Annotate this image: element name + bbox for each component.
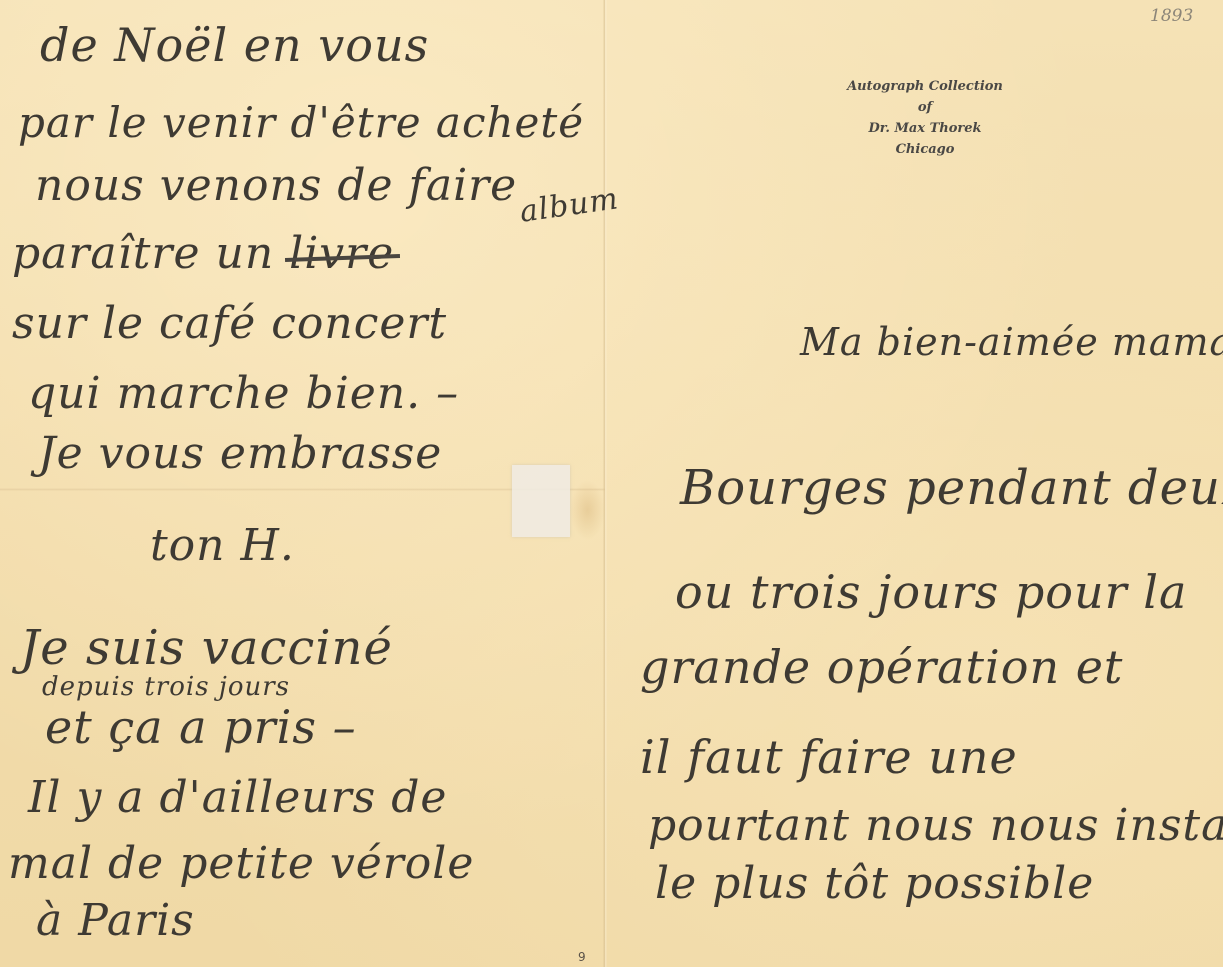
stamp-line: Chicago <box>820 139 1030 160</box>
handwritten-line: ou trois jours pour la <box>675 565 1187 619</box>
signature: ton H. <box>150 520 295 571</box>
handwritten-line: Bourges pendant deux <box>680 460 1223 516</box>
insertion-depuis: depuis trois jours <box>42 672 290 702</box>
handwritten-line: par le venir d'être acheté <box>18 98 584 147</box>
handwritten-line: pourtant nous nous installer <box>648 800 1223 851</box>
handwritten-line: grande opération et <box>640 640 1123 694</box>
handwritten-line: et ça a pris – <box>45 700 357 754</box>
handwritten-line: le plus tôt possible <box>655 858 1094 909</box>
stamp-line: of <box>820 97 1030 118</box>
handwritten-line: Il y a d'ailleurs de <box>28 772 447 823</box>
line-text: paraître un <box>12 228 274 279</box>
stamp-line: Dr. Max Thorek <box>820 118 1030 139</box>
handwritten-line: Je vous embrasse <box>38 428 442 479</box>
handwritten-line: de Noël en vous <box>40 18 429 72</box>
year-pencil-note: 1893 <box>1150 6 1193 26</box>
struck-word: livre <box>289 228 394 279</box>
tape-stain <box>570 480 605 540</box>
page-number: 9 <box>578 950 586 964</box>
collection-stamp: Autograph Collection of Dr. Max Thorek C… <box>820 76 1030 160</box>
handwritten-line: à Paris <box>36 895 195 946</box>
handwritten-line: sur le café concert <box>12 298 447 349</box>
stamp-line: Autograph Collection <box>820 76 1030 97</box>
handwritten-line: Je suis vacciné <box>20 620 393 676</box>
hinge-tape <box>512 465 570 537</box>
handwritten-line: nous venons de faire <box>35 160 517 211</box>
handwritten-line: paraître un livre <box>12 228 394 279</box>
handwritten-line: il faut faire une <box>640 730 1018 784</box>
handwritten-line: mal de petite vérole <box>8 838 474 889</box>
salutation: Ma bien-aimée maman <box>800 320 1223 364</box>
letter-sheet: de Noël en vous par le venir d'être ache… <box>0 0 1223 967</box>
handwritten-line: qui marche bien. – <box>28 368 459 419</box>
